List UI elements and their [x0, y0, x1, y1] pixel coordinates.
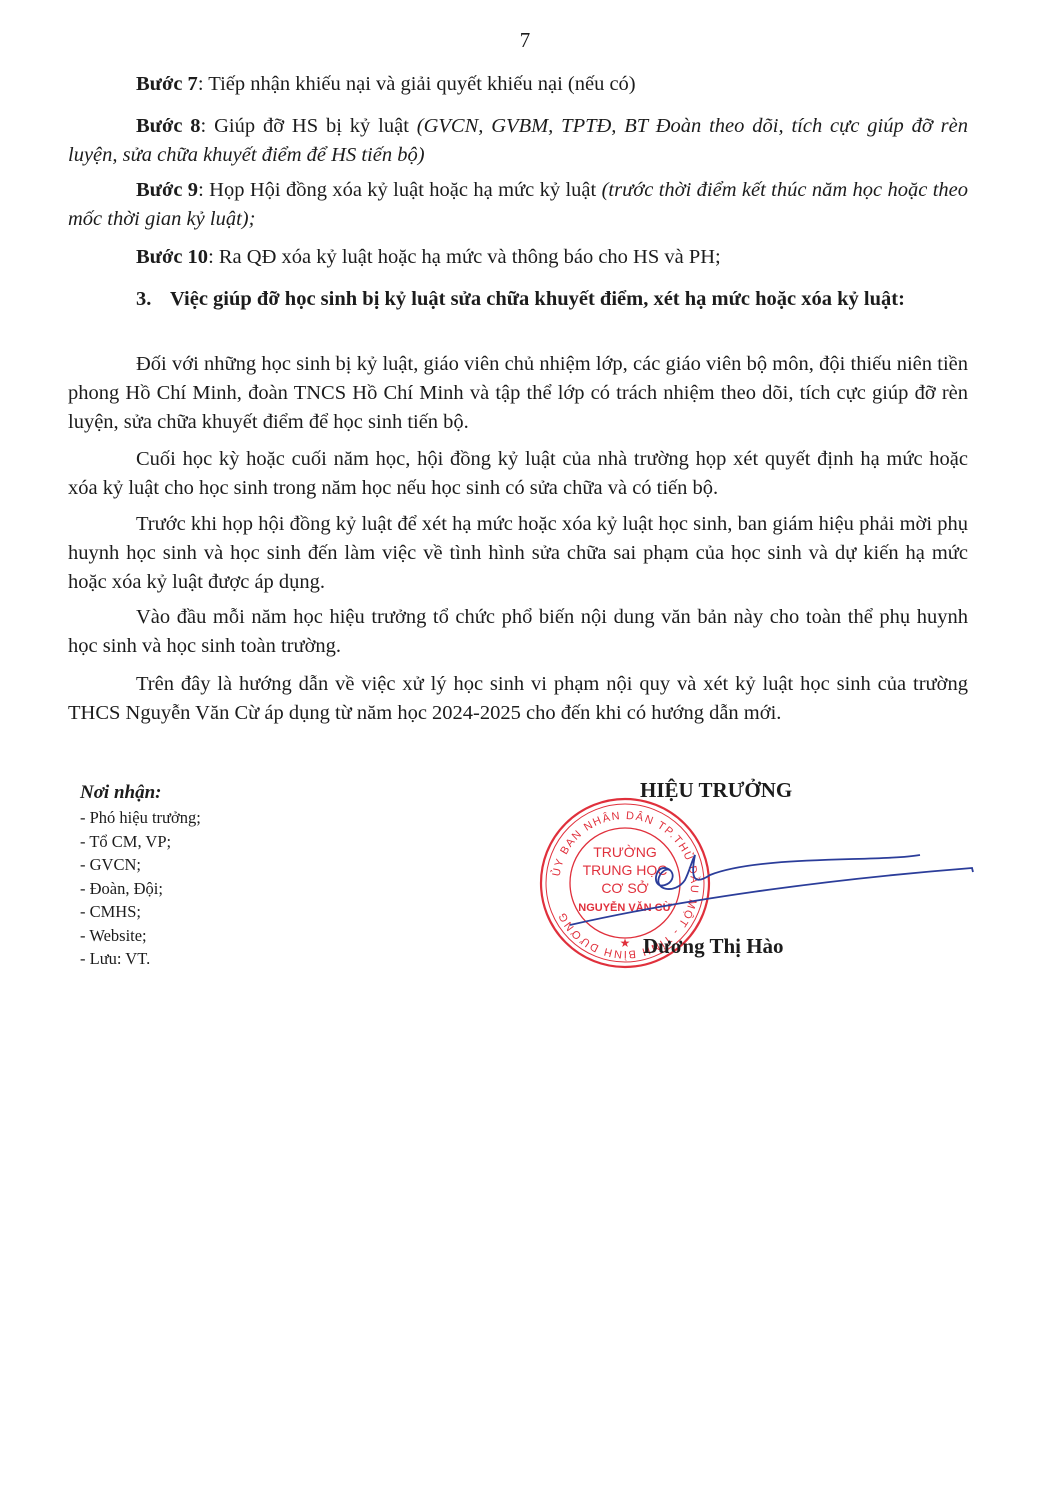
step-text: : Tiếp nhận khiếu nại và giải quyết khiế…: [198, 73, 636, 95]
step-10: Bước 10: Ra QĐ xóa kỷ luật hoặc hạ mức v…: [68, 243, 968, 272]
page-number: 7: [0, 28, 1050, 53]
paragraph-4: Vào đầu mỗi năm học hiệu trưởng tổ chức …: [68, 603, 968, 661]
step-label: Bước 10: [136, 246, 208, 268]
step-text: : Giúp đỡ HS bị kỷ luật: [201, 115, 417, 137]
recipient-item: - Website;: [80, 924, 201, 948]
recipients-block: Nơi nhận: - Phó hiệu trưởng;- Tổ CM, VP;…: [80, 780, 201, 971]
recipient-item: - Tổ CM, VP;: [80, 830, 201, 854]
step-9: Bước 9: Họp Hội đồng xóa kỷ luật hoặc hạ…: [68, 176, 968, 234]
step-label: Bước 8: [136, 115, 201, 137]
step-7: Bước 7: Tiếp nhận khiếu nại và giải quyế…: [68, 70, 968, 99]
recipient-item: - Phó hiệu trưởng;: [80, 806, 201, 830]
recipient-item: - CMHS;: [80, 900, 201, 924]
recipients-title: Nơi nhận:: [80, 780, 201, 806]
recipients-list: - Phó hiệu trưởng;- Tổ CM, VP;- GVCN;- Đ…: [80, 806, 201, 971]
section-title: Việc giúp đỡ học sinh bị kỷ luật sửa chữ…: [170, 285, 968, 314]
handwritten-signature: [560, 840, 990, 940]
step-text: : Họp Hội đồng xóa kỷ luật hoặc hạ mức k…: [198, 179, 602, 201]
recipient-item: - GVCN;: [80, 853, 201, 877]
recipient-item: - Lưu: VT.: [80, 947, 201, 971]
recipient-item: - Đoàn, Đội;: [80, 877, 201, 901]
step-text: : Ra QĐ xóa kỷ luật hoặc hạ mức và thông…: [208, 246, 721, 268]
step-8: Bước 8: Giúp đỡ HS bị kỷ luật (GVCN, GVB…: [68, 112, 968, 170]
section-3-heading: 3. Việc giúp đỡ học sinh bị kỷ luật sửa …: [136, 285, 968, 314]
step-label: Bước 7: [136, 73, 198, 95]
paragraph-2: Cuối học kỳ hoặc cuối năm học, hội đồng …: [68, 445, 968, 503]
section-number: 3.: [136, 285, 151, 314]
paragraph-3: Trước khi họp hội đồng kỷ luật để xét hạ…: [68, 510, 968, 597]
step-label: Bước 9: [136, 179, 198, 201]
signer-name: Dương Thị Hào: [643, 934, 784, 959]
paragraph-1: Đối với những học sinh bị kỷ luật, giáo …: [68, 350, 968, 437]
signer-title: HIỆU TRƯỞNG: [640, 778, 792, 803]
paragraph-5: Trên đây là hướng dẫn về việc xử lý học …: [68, 670, 968, 728]
